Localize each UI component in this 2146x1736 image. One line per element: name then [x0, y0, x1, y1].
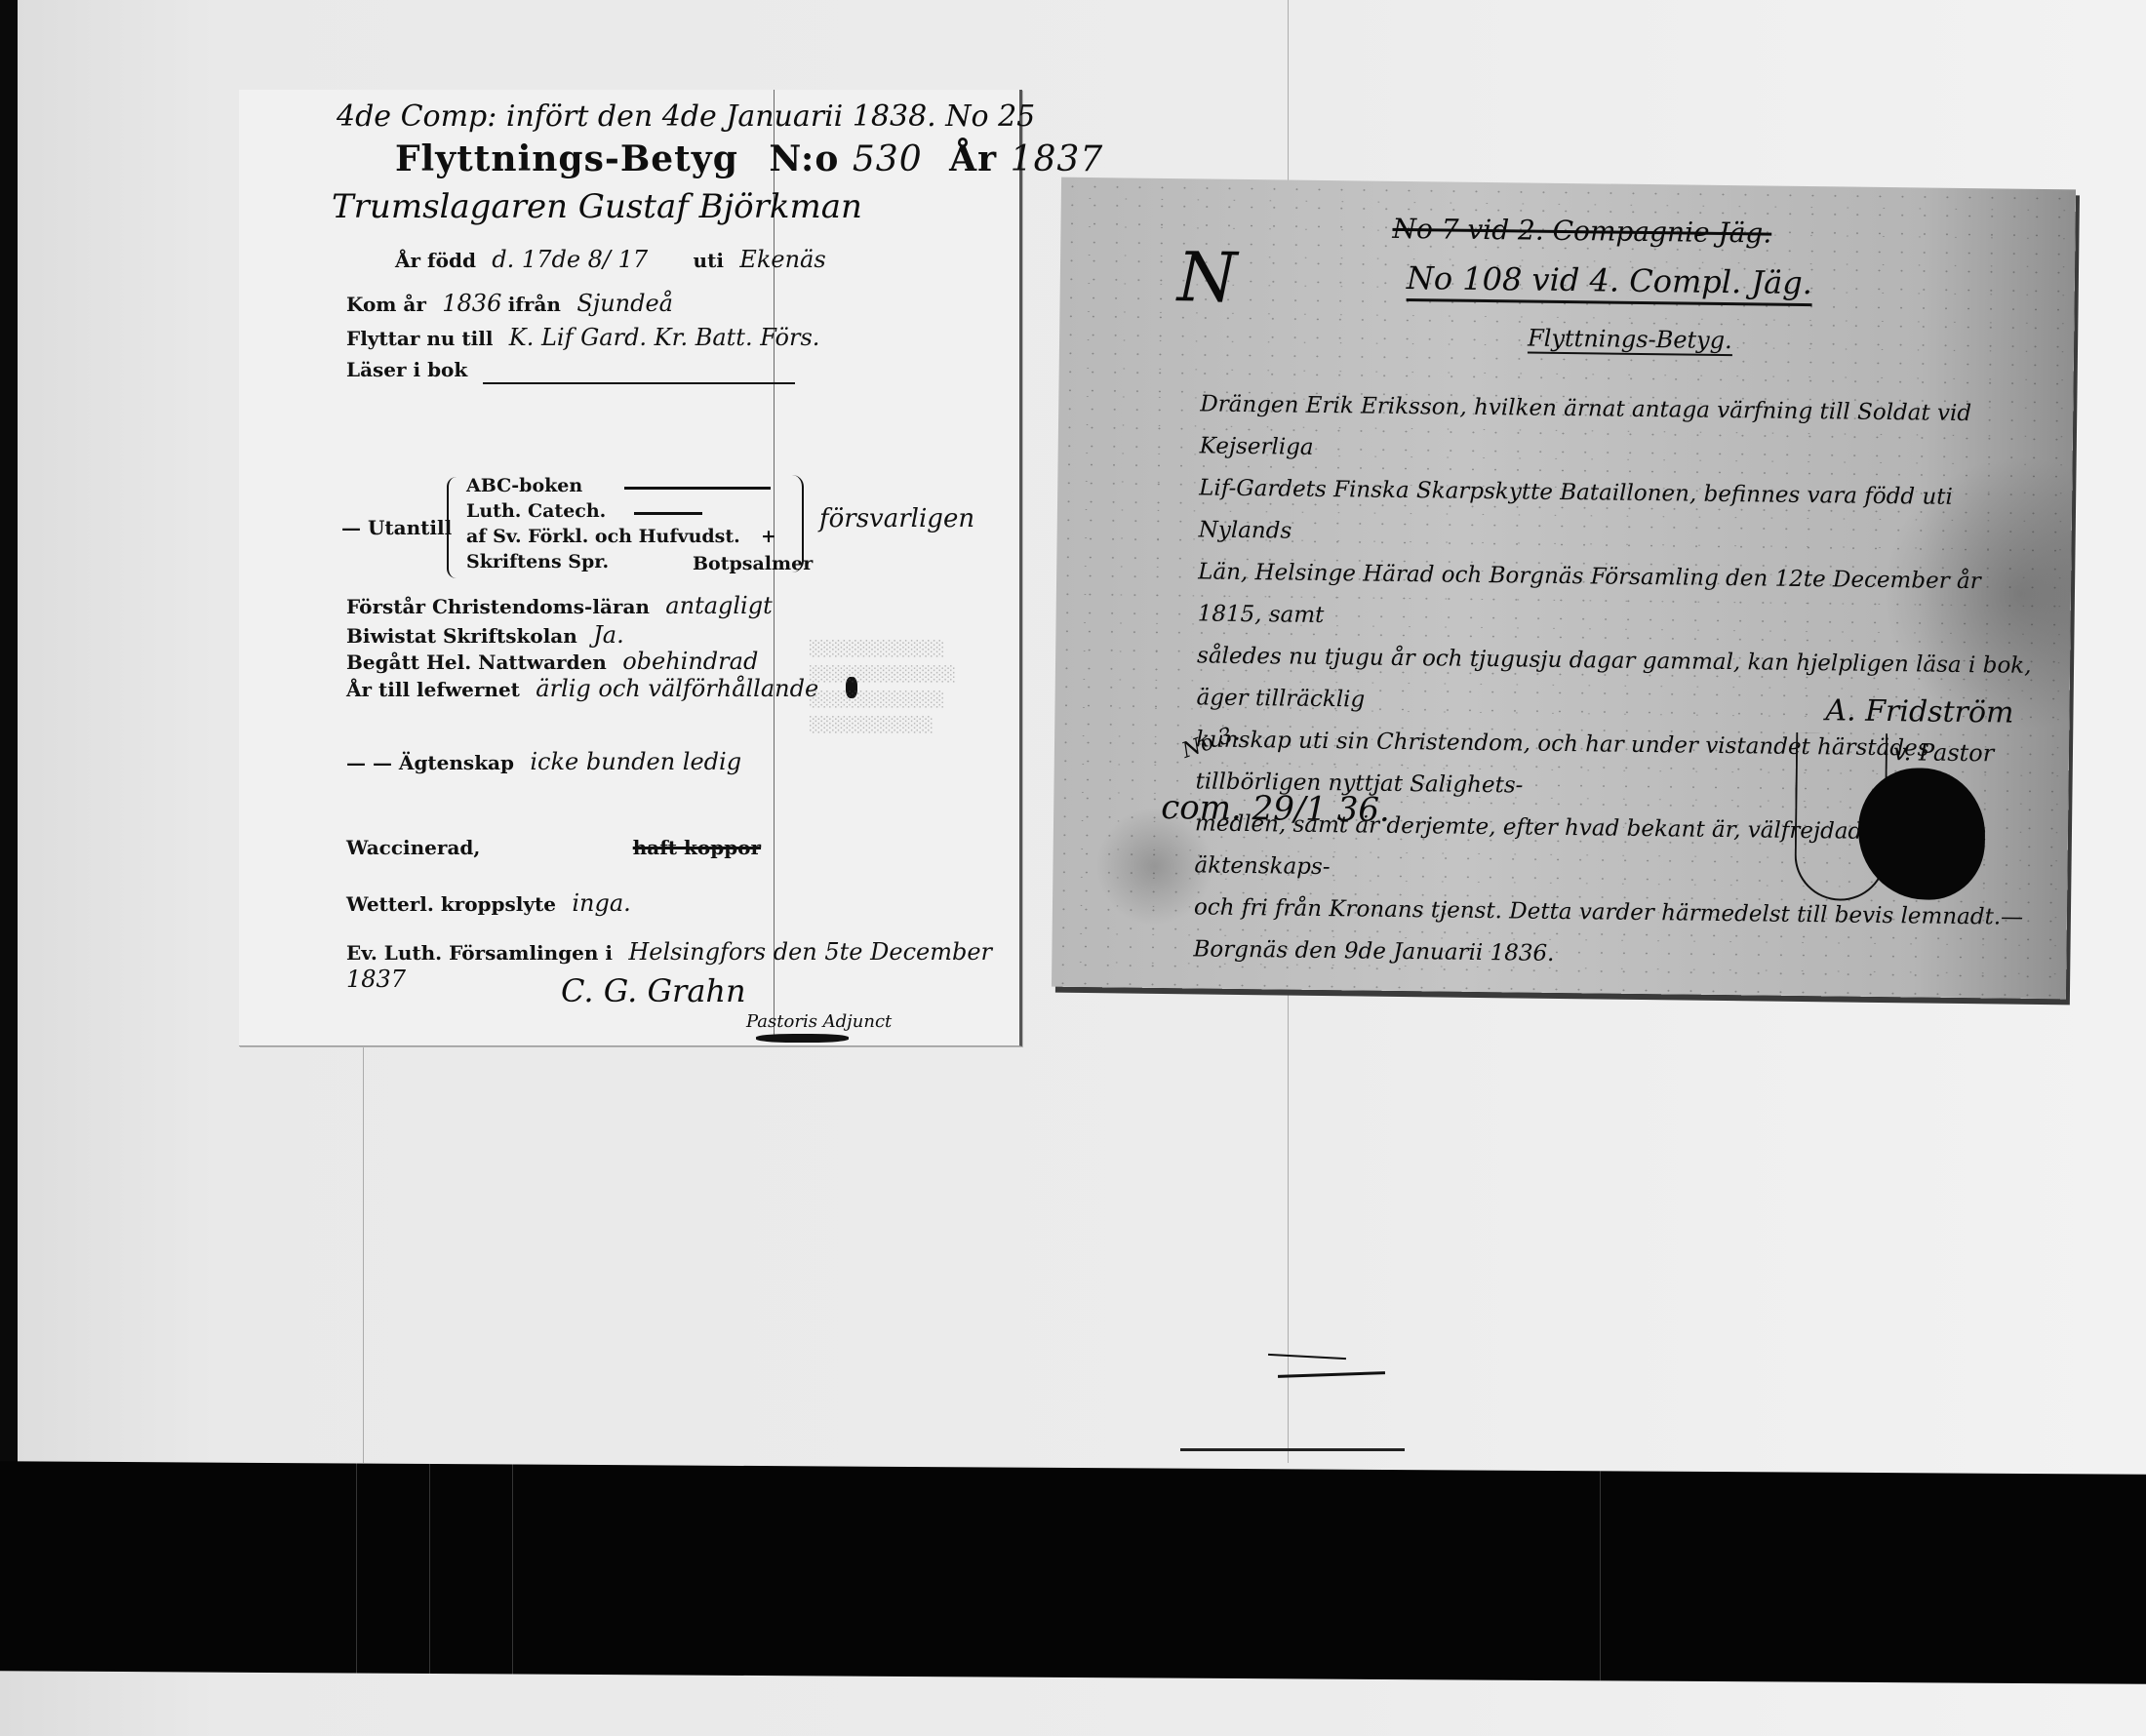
signature: A. Fridström — [1825, 693, 2013, 730]
field-value: Ekenäs — [739, 246, 825, 273]
field-value: icke bunden ledig — [530, 748, 741, 775]
year-value: 1837 — [1011, 139, 1104, 179]
number-value: 530 — [853, 139, 923, 179]
film-frame-divider — [0, 1461, 2146, 1683]
com-note: com. 29/1 36. — [1161, 788, 1390, 830]
field-came-year: Kom år 1836 ifrån Sjundeå — [346, 290, 673, 317]
utantill-item: ABC-boken — [466, 475, 582, 496]
field-label: Waccinerad, — [346, 836, 480, 859]
field-label: Ev. Luth. Församlingen i — [346, 941, 613, 965]
blank-line — [483, 382, 795, 384]
dash-mark — [624, 487, 771, 490]
signature-title: Pastoris Adjunct — [746, 1011, 892, 1032]
field-born: År född d. 17de 8/ 17 uti Ekenäs — [395, 246, 826, 273]
field-value: inga. — [572, 889, 630, 917]
field-label: Begått Hel. Nattwarden — [346, 651, 607, 674]
person-name: Trumslagaren Gustaf Björkman — [332, 187, 862, 226]
field-label: — — Ägtenskap — [346, 751, 514, 774]
field-label: År född — [395, 249, 476, 272]
dash-mark — [634, 512, 702, 515]
field-body-defects: Wetterl. kroppslyte inga. — [346, 889, 631, 917]
field-reads-book: Läser i bok — [346, 355, 477, 382]
field-label: Kom år — [346, 293, 426, 316]
body-line: Lif-Gardets Finska Skarpskytte Bataillon… — [1198, 467, 2047, 562]
year-label: År — [949, 138, 997, 179]
field-label: Biwistat Skriftskolan — [346, 624, 577, 648]
left-certificate: 4de Comp: infört den 4de Januarii 1838. … — [239, 90, 1022, 1046]
field-communion: Begått Hel. Nattwarden obehindrad — [346, 648, 758, 675]
field-vaccinated: Waccinerad, haft koppor — [346, 836, 761, 859]
field-understands: Förstår Christendoms-läran antagligt — [346, 592, 773, 619]
right-brace — [790, 475, 804, 572]
field-value: d. 17de 8/ 17 — [492, 246, 648, 273]
field-value: K. Lif Gard. Kr. Batt. Förs. — [509, 324, 820, 351]
utantill-item: Skriftens Spr. — [466, 551, 609, 572]
field-marriage: — — Ägtenskap icke bunden ledig — [346, 748, 741, 775]
field-label: Wetterl. kroppslyte — [346, 892, 556, 916]
signature: C. G. Grahn — [561, 972, 746, 1009]
signature-title: v. Pastor — [1893, 738, 1995, 767]
certificate-subtitle: Flyttnings-Betyg. — [1528, 325, 1732, 357]
header-line: No 108 vid 4. Compl. Jäg. — [1407, 259, 1813, 306]
field-label: uti — [694, 249, 724, 272]
utantill-label: — Utantill — [341, 516, 452, 539]
utantill-result: försvarligen — [819, 504, 974, 533]
form-title: Flyttnings-Betyg N:o 530 År 1837 — [395, 138, 1103, 179]
left-brace — [447, 477, 460, 578]
film-scratch — [363, 975, 364, 1463]
field-value: Sjundeå — [576, 290, 673, 317]
field-value: Ja. — [593, 621, 624, 649]
field-label: År till lefwernet — [346, 678, 520, 701]
utantill-mark: + — [761, 526, 776, 547]
film-streak — [429, 1464, 430, 1674]
film-streak — [512, 1464, 513, 1674]
field-conduct: År till lefwernet ärlig och välförhållan… — [346, 675, 818, 702]
margin-mark: N — [1176, 237, 1237, 318]
struck-value: haft koppor — [633, 836, 761, 859]
field-label: Förstår Christendoms-läran — [346, 595, 650, 618]
pen-stroke — [1268, 1354, 1346, 1360]
film-left-edge — [0, 0, 18, 1463]
utantill-item: af Sv. Förkl. och Hufvudst. — [466, 526, 740, 547]
registry-annotation: 4de Comp: infört den 4de Januarii 1838. … — [337, 99, 1035, 134]
film-streak — [356, 1464, 357, 1674]
ink-smear — [756, 1034, 849, 1043]
utantill-item: Luth. Catech. — [466, 500, 606, 522]
field-moves-to: Flyttar nu till K. Lif Gard. Kr. Batt. F… — [346, 324, 819, 351]
number-label: N:o — [769, 138, 839, 179]
stray-rule-line — [1180, 1448, 1405, 1451]
film-streak — [1600, 1471, 1601, 1680]
field-label: Läser i bok — [346, 358, 467, 381]
bleedthrough-text: ░░░░░░░░░░░░░░░░░░░░░░░░░░░░░░░░░░░░░░░░… — [810, 636, 985, 737]
right-certificate: N No 7 vid 2. Compagnie Jäg. No 108 vid … — [1052, 178, 2076, 1000]
microfilm-frame: 4de Comp: infört den 4de Januarii 1838. … — [0, 0, 2146, 1736]
field-value: ärlig och välförhållande — [536, 675, 818, 702]
field-value: 1836 — [442, 290, 501, 317]
field-label: Flyttar nu till — [346, 327, 493, 350]
field-value: obehindrad — [622, 648, 758, 675]
field-value: antagligt — [665, 592, 772, 619]
form-title-text: Flyttnings-Betyg — [395, 138, 738, 179]
field-confirmation-school: Biwistat Skriftskolan Ja. — [346, 621, 624, 649]
utantill-block: — Utantill ABC-boken Luth. Catech. af Sv… — [341, 475, 849, 582]
body-line: Drängen Erik Eriksson, hvilken ärnat ant… — [1199, 383, 2048, 478]
header-line-struck: No 7 vid 2. Compagnie Jäg. — [1392, 213, 1771, 250]
body-line: Län, Helsinge Härad och Borgnäs Församli… — [1197, 551, 2047, 646]
field-label: ifrån — [508, 293, 561, 316]
pen-stroke — [1278, 1371, 1385, 1378]
